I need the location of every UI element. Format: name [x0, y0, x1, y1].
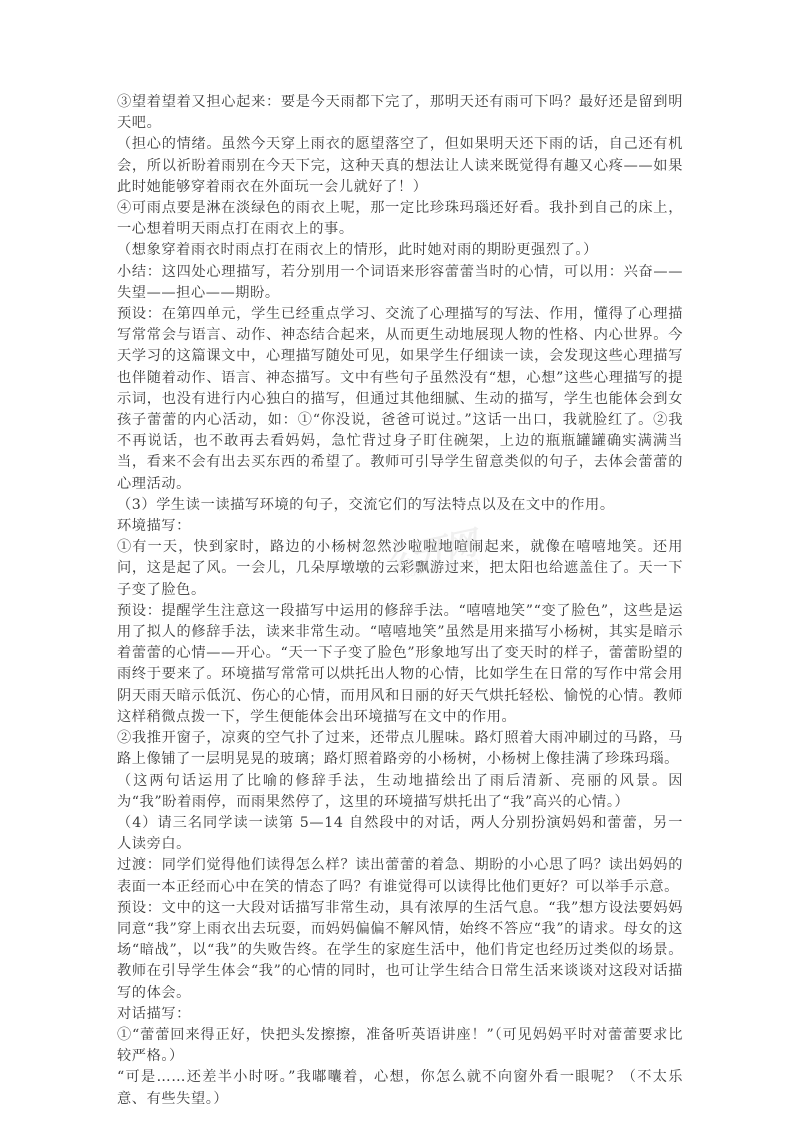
paragraph-preset-environment: 预设：提醒学生注意这一段描写中运用的修辞手法。“嘻嘻地笑”“变了脸色”，这些是运…: [117, 601, 683, 728]
paragraph-environment-2-note: （这两句话运用了比喻的修辞手法，生动地描绘出了雨后清新、亮丽的风景。因为“我”盼…: [117, 771, 683, 813]
paragraph-imagine-note: （想象穿着雨衣时雨点打在雨衣上的情形，此时她对雨的期盼更强烈了。）: [117, 240, 683, 261]
heading-environment-description: 环境描写：: [117, 516, 683, 537]
paragraph-preset-psychology: 预设：在第四单元，学生已经重点学习、交流了心理描写的写法、作用，懂得了心理描写常…: [117, 304, 683, 495]
paragraph-imagine-4: ④可雨点要是淋在淡绿色的雨衣上呢，那一定比珍珠玛瑙还好看。我扑到自己的床上，一心…: [117, 198, 683, 240]
paragraph-dialogue-2: “可是……还差半小时呀。”我嘟囔着，心想，你怎么就不向窗外看一眼呢？（不太乐意、…: [117, 1067, 683, 1109]
heading-dialogue-description: 对话描写：: [117, 1004, 683, 1025]
paragraph-environment-1: ①有一天，快到家时，路边的小杨树忽然沙啦啦地喧闹起来，就像在嘻嘻地笑。还用问，这…: [117, 537, 683, 601]
paragraph-step-4: （4）请三名同学读一读第 5—14 自然段中的对话，两人分别扮演妈妈和蕾蕾，另一…: [117, 813, 683, 855]
document-body: ③望着望着又担心起来：要是今天雨都下完了，那明天还有雨可下吗？最好还是留到明天吧…: [117, 92, 683, 1110]
paragraph-step-3: （3）学生读一读描写环境的句子，交流它们的写法特点以及在文中的作用。: [117, 495, 683, 516]
paragraph-dialogue-1: ①“蕾蕾回来得正好，快把头发擦擦，准备听英语讲座！”（可见妈妈平时对蕾蕾要求比较…: [117, 1025, 683, 1067]
paragraph-environment-2: ②我推开窗子，凉爽的空气扑了过来，还带点儿腥味。路灯照着大雨冲刷过的马路，马路上…: [117, 728, 683, 770]
paragraph-summary: 小结：这四处心理描写，若分别用一个词语来形容蕾蕾当时的心情，可以用：兴奋——失望…: [117, 262, 683, 304]
paragraph-worry-3: ③望着望着又担心起来：要是今天雨都下完了，那明天还有雨可下吗？最好还是留到明天吧…: [117, 92, 683, 134]
paragraph-transition: 过渡：同学们觉得他们读得怎么样？读出蕾蕾的着急、期盼的小心思了吗？读出妈妈的表面…: [117, 855, 683, 897]
paragraph-preset-dialogue: 预设：文中的这一大段对话描写非常生动，具有浓厚的生活气息。“我”想方设法要妈妈同…: [117, 898, 683, 1004]
paragraph-worry-note: （担心的情绪。虽然今天穿上雨衣的愿望落空了，但如果明天还下雨的话，自己还有机会，…: [117, 134, 683, 198]
